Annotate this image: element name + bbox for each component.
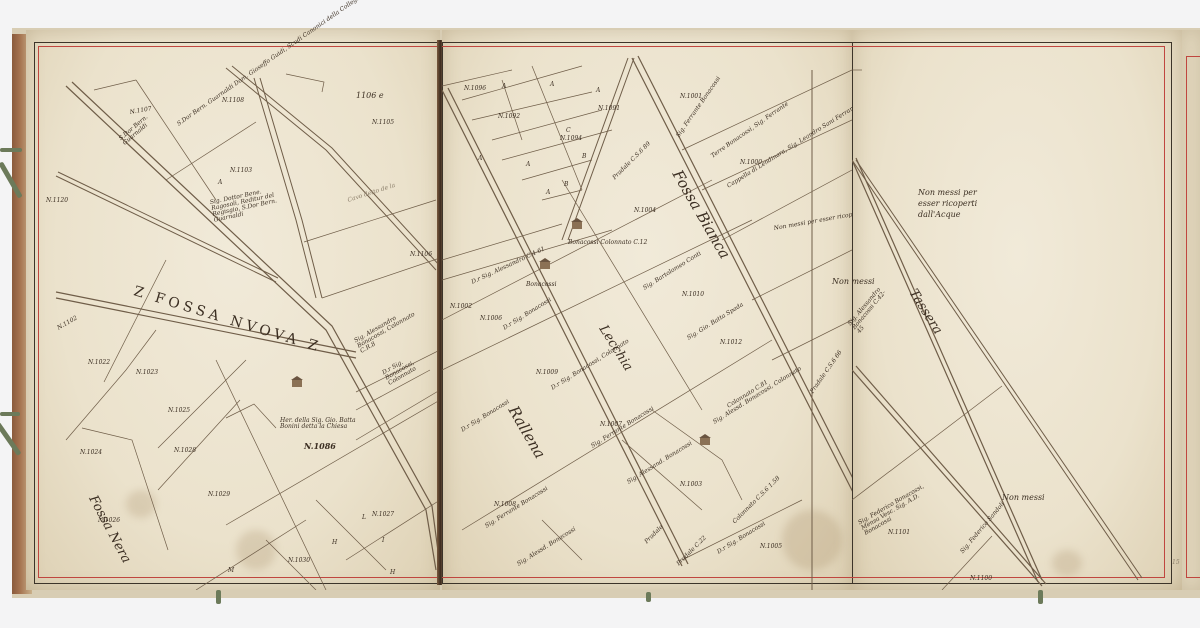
parcel-number: N.1012 (720, 340, 742, 346)
parcel-letter: B (582, 154, 586, 160)
parcel-number: N.1029 (208, 492, 230, 498)
parcel-number: N.1100 (970, 576, 992, 582)
building-icon (538, 258, 552, 270)
parcel-letter: A (502, 84, 506, 90)
binding-thread (0, 412, 20, 416)
margin-number: 15 (1172, 560, 1180, 566)
owner-label: Her. della Sig. Gio. Batta Bonini detta … (280, 418, 360, 430)
parcel-letter: A (526, 162, 530, 168)
parcel-letter: A (478, 156, 482, 162)
building-icon (698, 434, 712, 446)
parcel-number: N.1091 (598, 106, 620, 112)
parcel-number: N.1028 (174, 448, 196, 454)
parcel-number: N.1010 (682, 292, 704, 298)
parcel-number: N.1094 (560, 136, 582, 142)
building-icon (290, 376, 304, 388)
building-icon (570, 218, 584, 230)
parcel-number: N.1002 (450, 304, 472, 310)
parcel-number: N.1106 (410, 252, 432, 258)
parcel-letter: A (218, 180, 222, 186)
parcel-number: N.1003 (680, 482, 702, 488)
map-page-right: Non messi per esser ricoperti dall'Acque… (852, 30, 1182, 590)
parcel-letter: L (362, 515, 366, 521)
binding-thread (1038, 590, 1043, 604)
parcel-letter: H (390, 570, 395, 576)
parcel-letter: A (546, 190, 550, 196)
parcel-number: N.1092 (498, 114, 520, 120)
parcel-number: N.1009 (536, 370, 558, 376)
binding-thread (646, 592, 651, 602)
building-label: Bonacossi (526, 282, 557, 288)
map-page-edge (1182, 30, 1200, 590)
parcel-number: N.1101 (888, 530, 910, 536)
parcel-number: N.1022 (88, 360, 110, 366)
parcel-letter: C (566, 128, 571, 134)
parcel-number: N.1006 (480, 316, 502, 322)
parcel-number: N.1023 (136, 370, 158, 376)
map-page-left: N.1107 N.1120 N.1103 N.1105 N.1108 N.110… (26, 30, 440, 590)
page-border-red (1186, 56, 1200, 578)
parcel-number: N.1030 (288, 558, 310, 564)
parcel-letter: A (550, 82, 554, 88)
building-label: Bonacossi Colonnato C.12 (568, 240, 647, 246)
map-page-center: N.1096 N.1092 N.1094 N.1091 N.1004 N.100… (442, 30, 852, 590)
parcel-number: N.1005 (760, 544, 782, 550)
parcel-number: N.1105 (372, 120, 394, 126)
binding-thread (0, 148, 22, 152)
non-messi-label: Non messi (1002, 494, 1045, 502)
parcel-number: N.1096 (464, 86, 486, 92)
value-label: 1106 e (356, 92, 384, 100)
parcel-number: N.1004 (634, 208, 656, 214)
note-label: Non messi per esser ricoperti dall'Acque (918, 188, 998, 220)
parcel-number: N.1120 (46, 198, 68, 204)
parcel-letter: A (596, 88, 600, 94)
non-messi-label: Non messi (832, 278, 875, 286)
parcel-number: N.1024 (80, 450, 102, 456)
parcel-letter: I (382, 538, 384, 544)
parcel-number: N.1027 (372, 512, 394, 518)
binding-thread (216, 590, 221, 604)
parcel-letter: B (564, 182, 568, 188)
parcel-letter: M (228, 568, 234, 574)
parcel-number: N.1108 (222, 98, 244, 104)
parcel-number: N.1103 (230, 168, 252, 174)
parcel-letter: H (332, 540, 337, 546)
parcel-number-main: N.1086 (304, 442, 336, 450)
parcel-number: N.1025 (168, 408, 190, 414)
